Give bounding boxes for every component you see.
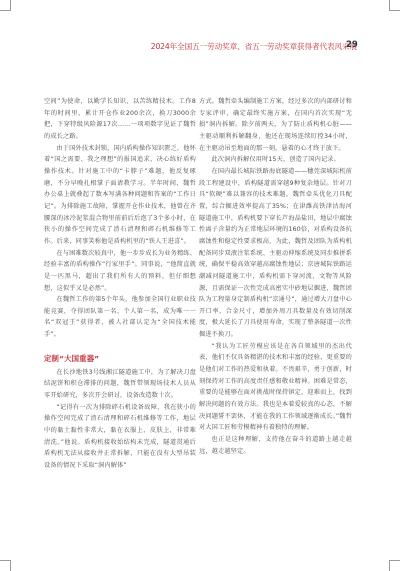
body-paragraph: 此次洞内拆解仅用时15天，创造了国内记录。 — [199, 154, 352, 166]
running-header: 2024年全国五一劳动奖章、省五一劳动奖章获得者代表风采展 — [0, 41, 357, 52]
right-column: 方式。魏哲牵头编制施工方案，经过多次的内部研讨和专家评审，确定最终实施方案，在国… — [199, 96, 352, 457]
section-heading: 定制“大国重器” — [44, 353, 196, 365]
body-paragraph: 空间”为使命，以勤学长知识，以苦练精技术。工作8年的时间里，累计开仓作业200余… — [44, 96, 196, 143]
body-paragraph: 在国内最长城际铁路海底隧道——穗莞深城际机前段工程建设中，盾构隧道需穿越9种复杂… — [199, 166, 352, 341]
crop-mark-top-left — [0, 0, 11, 11]
crop-mark-bottom-left — [0, 560, 11, 571]
page-number: 29 — [346, 40, 358, 50]
body-paragraph: 由于国外技术封锁，国内盾构操作知识匮乏，他怀着“国之需要、我之理想”的报国追求，… — [44, 143, 196, 248]
body-paragraph: “记得有一次为排除碎石机设备故障，我在狭小的操作空间完成了渣石清理和碎石机维修等… — [44, 402, 196, 472]
body-paragraph: 也正是这种理解，支持他在奋斗的道路上越走越远，越走越坚定。 — [199, 434, 352, 457]
body-paragraph: 方式。魏哲牵头编制施工方案，经过多次的内部研讨和专家评审，确定最终实施方案，在国… — [199, 96, 352, 154]
body-paragraph: 在魏哲工作的第5个年头，他参加全国行业职业技能竞赛，夺得团队第一名、个人第一名，… — [44, 294, 196, 341]
body-paragraph: “我认为工匠劳模应该是在各自领域里的杰出代表，他们不仅具备精湛的技术和丰富的经验… — [199, 341, 352, 434]
left-column: 空间”为使命，以勤学长知识，以苦练精技术。工作8年的时间里，累计开仓作业200余… — [44, 96, 196, 472]
crop-mark-top-right — [389, 0, 400, 11]
body-paragraph: 在与困难数次较真中，他一步步成长为业务精练、经验丰富的盾构操作“行家里手”。同事… — [44, 248, 196, 295]
body-paragraph: 在长沙地铁3号线湘江隧道施工中，为了解决刀盘结泥饼和积仓滞排的问题，魏哲带领现场… — [44, 367, 196, 402]
crop-mark-bottom-right — [389, 560, 400, 571]
